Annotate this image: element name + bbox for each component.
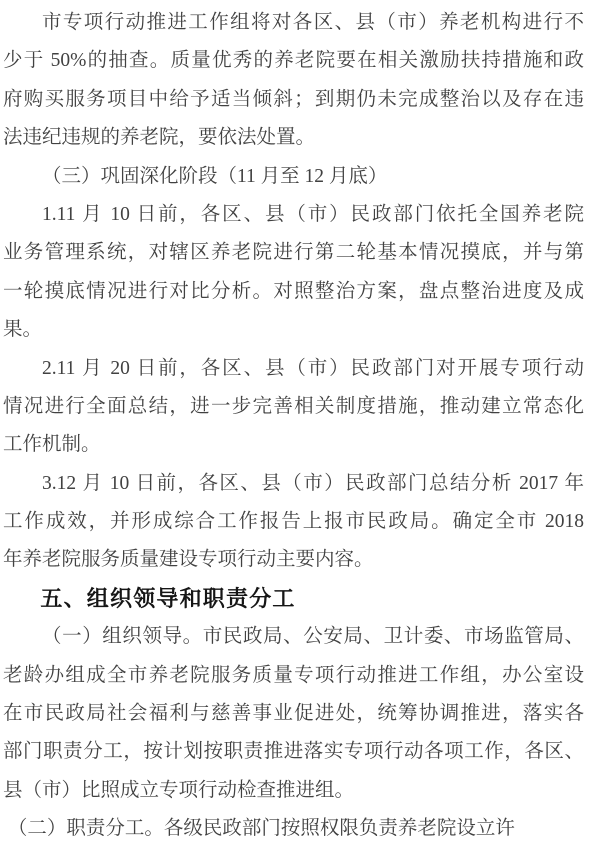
- document-text-line: 工作机制。: [3, 426, 584, 464]
- document-text-line: 1.11 月 10 日前，各区、县（市）民政部门依托全国养老院: [3, 196, 584, 234]
- document-text-line: 府购买服务项目中给予适当倾斜；到期仍未完成整治以及存在违: [3, 81, 584, 119]
- document-text-line: 业务管理系统，对辖区养老院进行第二轮基本情况摸底，并与第: [3, 234, 584, 272]
- document-text-line: 市专项行动推进工作组将对各区、县（市）养老机构进行不: [3, 4, 584, 42]
- document-text-line: 一轮摸底情况进行对比分析。对照整治方案，盘点整治进度及成: [3, 273, 584, 311]
- document-text-line: （一）组织领导。市民政局、公安局、卫计委、市场监管局、: [3, 618, 584, 656]
- document-text-line: 情况进行全面总结，进一步完善相关制度措施，推动建立常态化: [3, 388, 584, 426]
- document-text-line: 老龄办组成全市养老院服务质量专项行动推进工作组，办公室设: [3, 657, 584, 695]
- document-text-line: （二）职责分工。各级民政部门按照权限负责养老院设立许: [3, 810, 584, 848]
- document-text-line: 法违纪违规的养老院，要依法处置。: [3, 119, 584, 157]
- document-text-line: 少于 50%的抽查。质量优秀的养老院要在相关激励扶持措施和政: [3, 42, 584, 80]
- section-heading-line: 五、组织领导和职责分工: [3, 580, 584, 618]
- document-text-line: 在市民政局社会福利与慈善事业促进处，统筹协调推进，落实各: [3, 695, 584, 733]
- document-text-line: （三）巩固深化阶段（11 月至 12 月底）: [3, 158, 584, 196]
- document-text-line: 县（市）比照成立专项行动检查推进组。: [3, 772, 584, 810]
- document-text-line: 3.12 月 10 日前，各区、县（市）民政部门总结分析 2017 年: [3, 465, 584, 503]
- document-text-line: 2.11 月 20 日前，各区、县（市）民政部门对开展专项行动: [3, 350, 584, 388]
- document-text-line: 工作成效，并形成综合工作报告上报市民政局。确定全市 2018: [3, 503, 584, 541]
- document-text-line: 年养老院服务质量建设专项行动主要内容。: [3, 541, 584, 579]
- document-text-line: 果。: [3, 311, 584, 349]
- document-page: 市专项行动推进工作组将对各区、县（市）养老机构进行不少于 50%的抽查。质量优秀…: [0, 0, 590, 849]
- document-text-line: 部门职责分工，按计划按职责推进落实专项行动各项工作，各区、: [3, 733, 584, 771]
